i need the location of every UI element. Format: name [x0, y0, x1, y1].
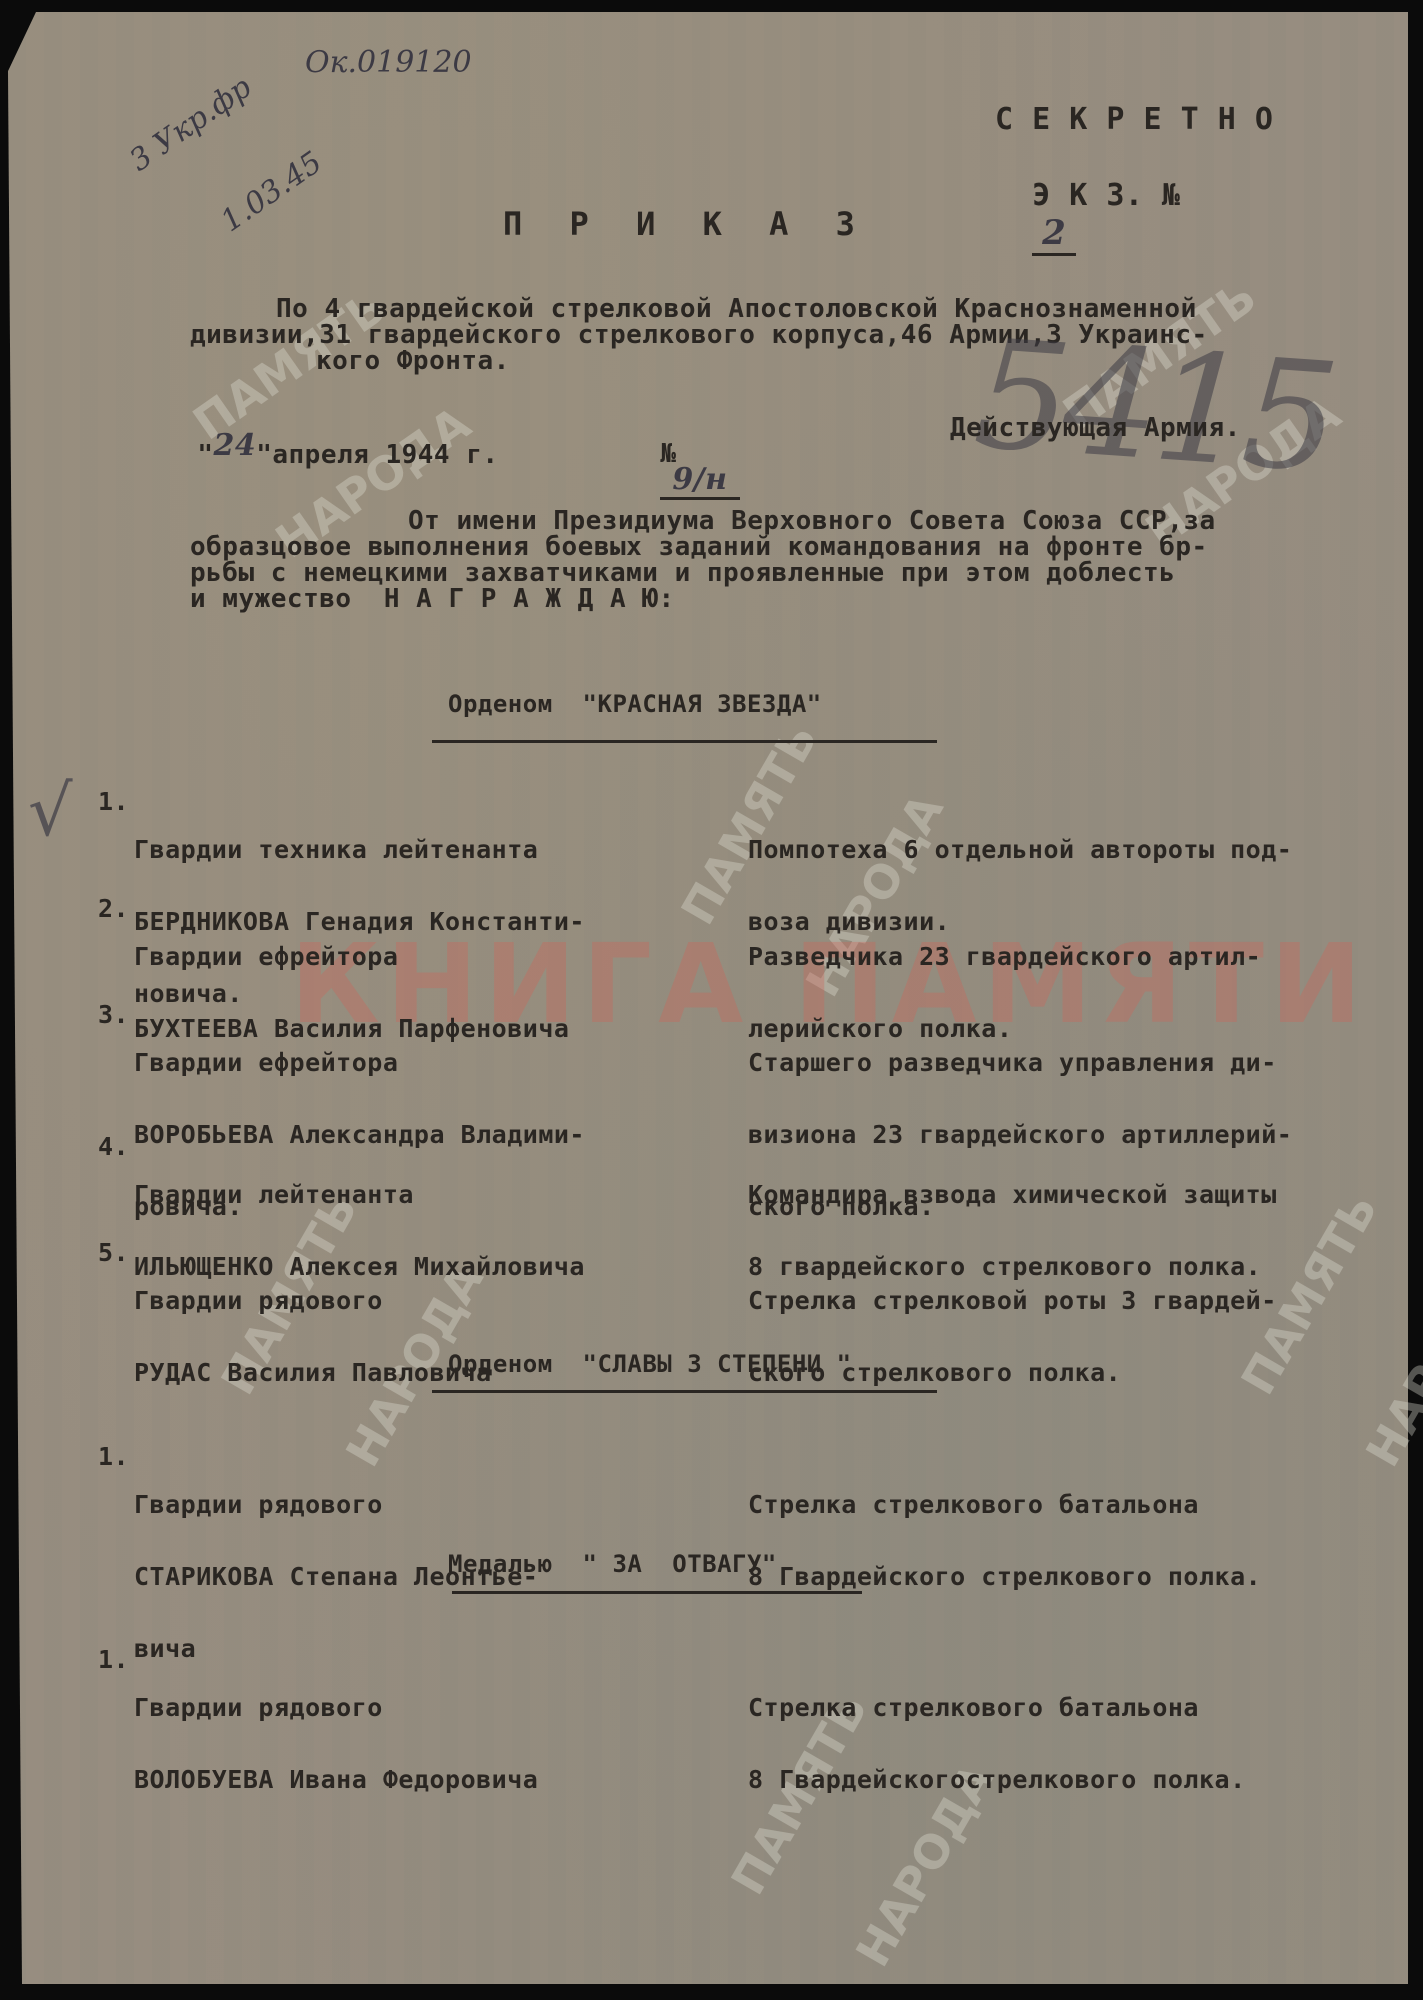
section-title-red-star: Орденом "КРАСНАЯ ЗВЕЗДА" — [448, 690, 822, 718]
entry-position: Стрелка стрелкового батальона 8 Гвардейс… — [748, 1445, 1261, 1637]
entry-number: 3. — [98, 1003, 129, 1027]
header-line: кого Фронта. — [316, 348, 510, 374]
entry-number: 1. — [98, 790, 129, 814]
section-underline — [432, 1390, 937, 1393]
checkmark-icon: √ — [28, 770, 73, 852]
section-title-glory: Орденом "СЛАВЫ 3 СТЕПЕНИ " — [448, 1350, 852, 1378]
entry-position: Стрелка стрелковой роты 3 гвардей- ского… — [748, 1241, 1277, 1433]
section-underline — [452, 1591, 862, 1594]
entry-number: 1. — [98, 1648, 129, 1672]
entry-number: 2. — [98, 897, 129, 921]
section-title-for-courage: Медалью " ЗА ОТВАГУ" — [448, 1550, 777, 1578]
location: Действующая Армия. — [950, 415, 1241, 441]
copy-number: Э К З. № 2 — [995, 143, 1181, 253]
section-underline — [432, 740, 937, 743]
classification-label: С Е К Р Е Т Н О — [995, 102, 1273, 137]
entry-number: 1. — [98, 1445, 129, 1469]
handwritten-archive-number: Ок.019120 — [305, 45, 472, 80]
page-title: П Р И К А З — [503, 205, 869, 243]
preamble-line: рьбы с немецкими захватчиками и проявлен… — [190, 560, 1175, 586]
entry-number: 4. — [98, 1135, 129, 1159]
entry-name: Гвардии рядового РУДАС Василия Павловича — [134, 1241, 492, 1433]
preamble-line: и мужество Н А Г Р А Ж Д А Ю: — [190, 586, 675, 612]
date-line: "24"апреля 1944 г. — [165, 415, 499, 468]
entry-position: Стрелка стрелкового батальона 8 Гвардейс… — [748, 1648, 1246, 1840]
preamble-line: От имени Президиума Верховного Совета Со… — [408, 508, 1216, 534]
order-number: № 9/н — [628, 415, 740, 494]
entry-number: 5. — [98, 1241, 129, 1265]
preamble-line: образцовое выполнения боевых заданий ком… — [190, 534, 1208, 560]
entry-name: Гвардии рядового ВОЛОБУЕВА Ивана Федоров… — [134, 1648, 538, 1840]
handwritten-big-number: 5415 — [969, 308, 1338, 507]
